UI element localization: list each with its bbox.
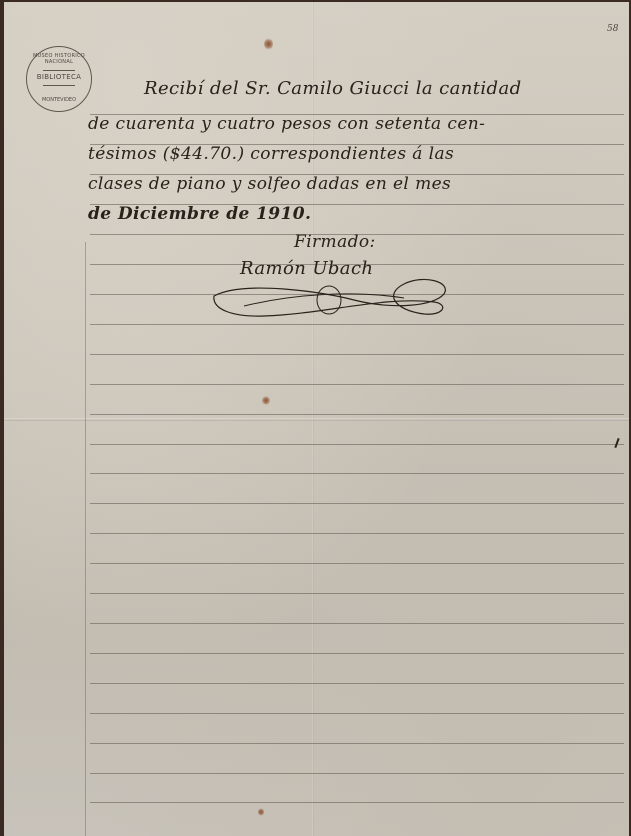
body-line-3: tésimos ($44.70.) correspondientes á las (88, 144, 454, 164)
ruled-line (90, 802, 624, 803)
body-line-2: de cuarenta y cuatro pesos con setenta c… (88, 114, 485, 134)
ruled-line (90, 713, 624, 714)
stray-ink-mark (614, 438, 619, 448)
ruled-line (90, 444, 624, 445)
ruled-line (90, 743, 624, 744)
stamp-bottom-text: MONTEVIDEO (27, 97, 91, 103)
folio-number: 58 (607, 24, 618, 34)
ink-stain (262, 396, 270, 405)
ruled-line (90, 773, 624, 774)
ruled-line (90, 533, 624, 534)
stamp-center-text: BIBLIOTECA (27, 73, 91, 81)
ruled-line (90, 653, 624, 654)
body-line-5: de Diciembre de 1910. (88, 204, 311, 224)
stamp-top-text: MUSEO HISTORICO NACIONAL (27, 53, 91, 65)
ink-stain (258, 808, 264, 816)
body-line-4: clases de piano y solfeo dadas en el mes (88, 174, 451, 194)
margin-line (85, 242, 86, 836)
ruled-line (90, 354, 624, 355)
ink-stain (264, 38, 273, 50)
body-line-1: Recibí del Sr. Camilo Giucci la cantidad (144, 78, 522, 99)
ruled-line (90, 593, 624, 594)
ruled-line (90, 683, 624, 684)
ruled-line (90, 623, 624, 624)
stamp-divider (43, 85, 75, 86)
signature-label: Firmado: (294, 232, 376, 252)
ruled-line (90, 414, 624, 415)
library-stamp: MUSEO HISTORICO NACIONAL BIBLIOTECA MONT… (26, 46, 92, 112)
stamp-divider (43, 70, 75, 71)
ruled-line (90, 563, 624, 564)
ruled-line (90, 473, 624, 474)
ruled-line (90, 503, 624, 504)
horizontal-fold (4, 418, 629, 421)
signature-flourish-icon (204, 270, 464, 330)
ruled-line (90, 384, 624, 385)
receipt-document: MUSEO HISTORICO NACIONAL BIBLIOTECA MONT… (4, 2, 629, 836)
